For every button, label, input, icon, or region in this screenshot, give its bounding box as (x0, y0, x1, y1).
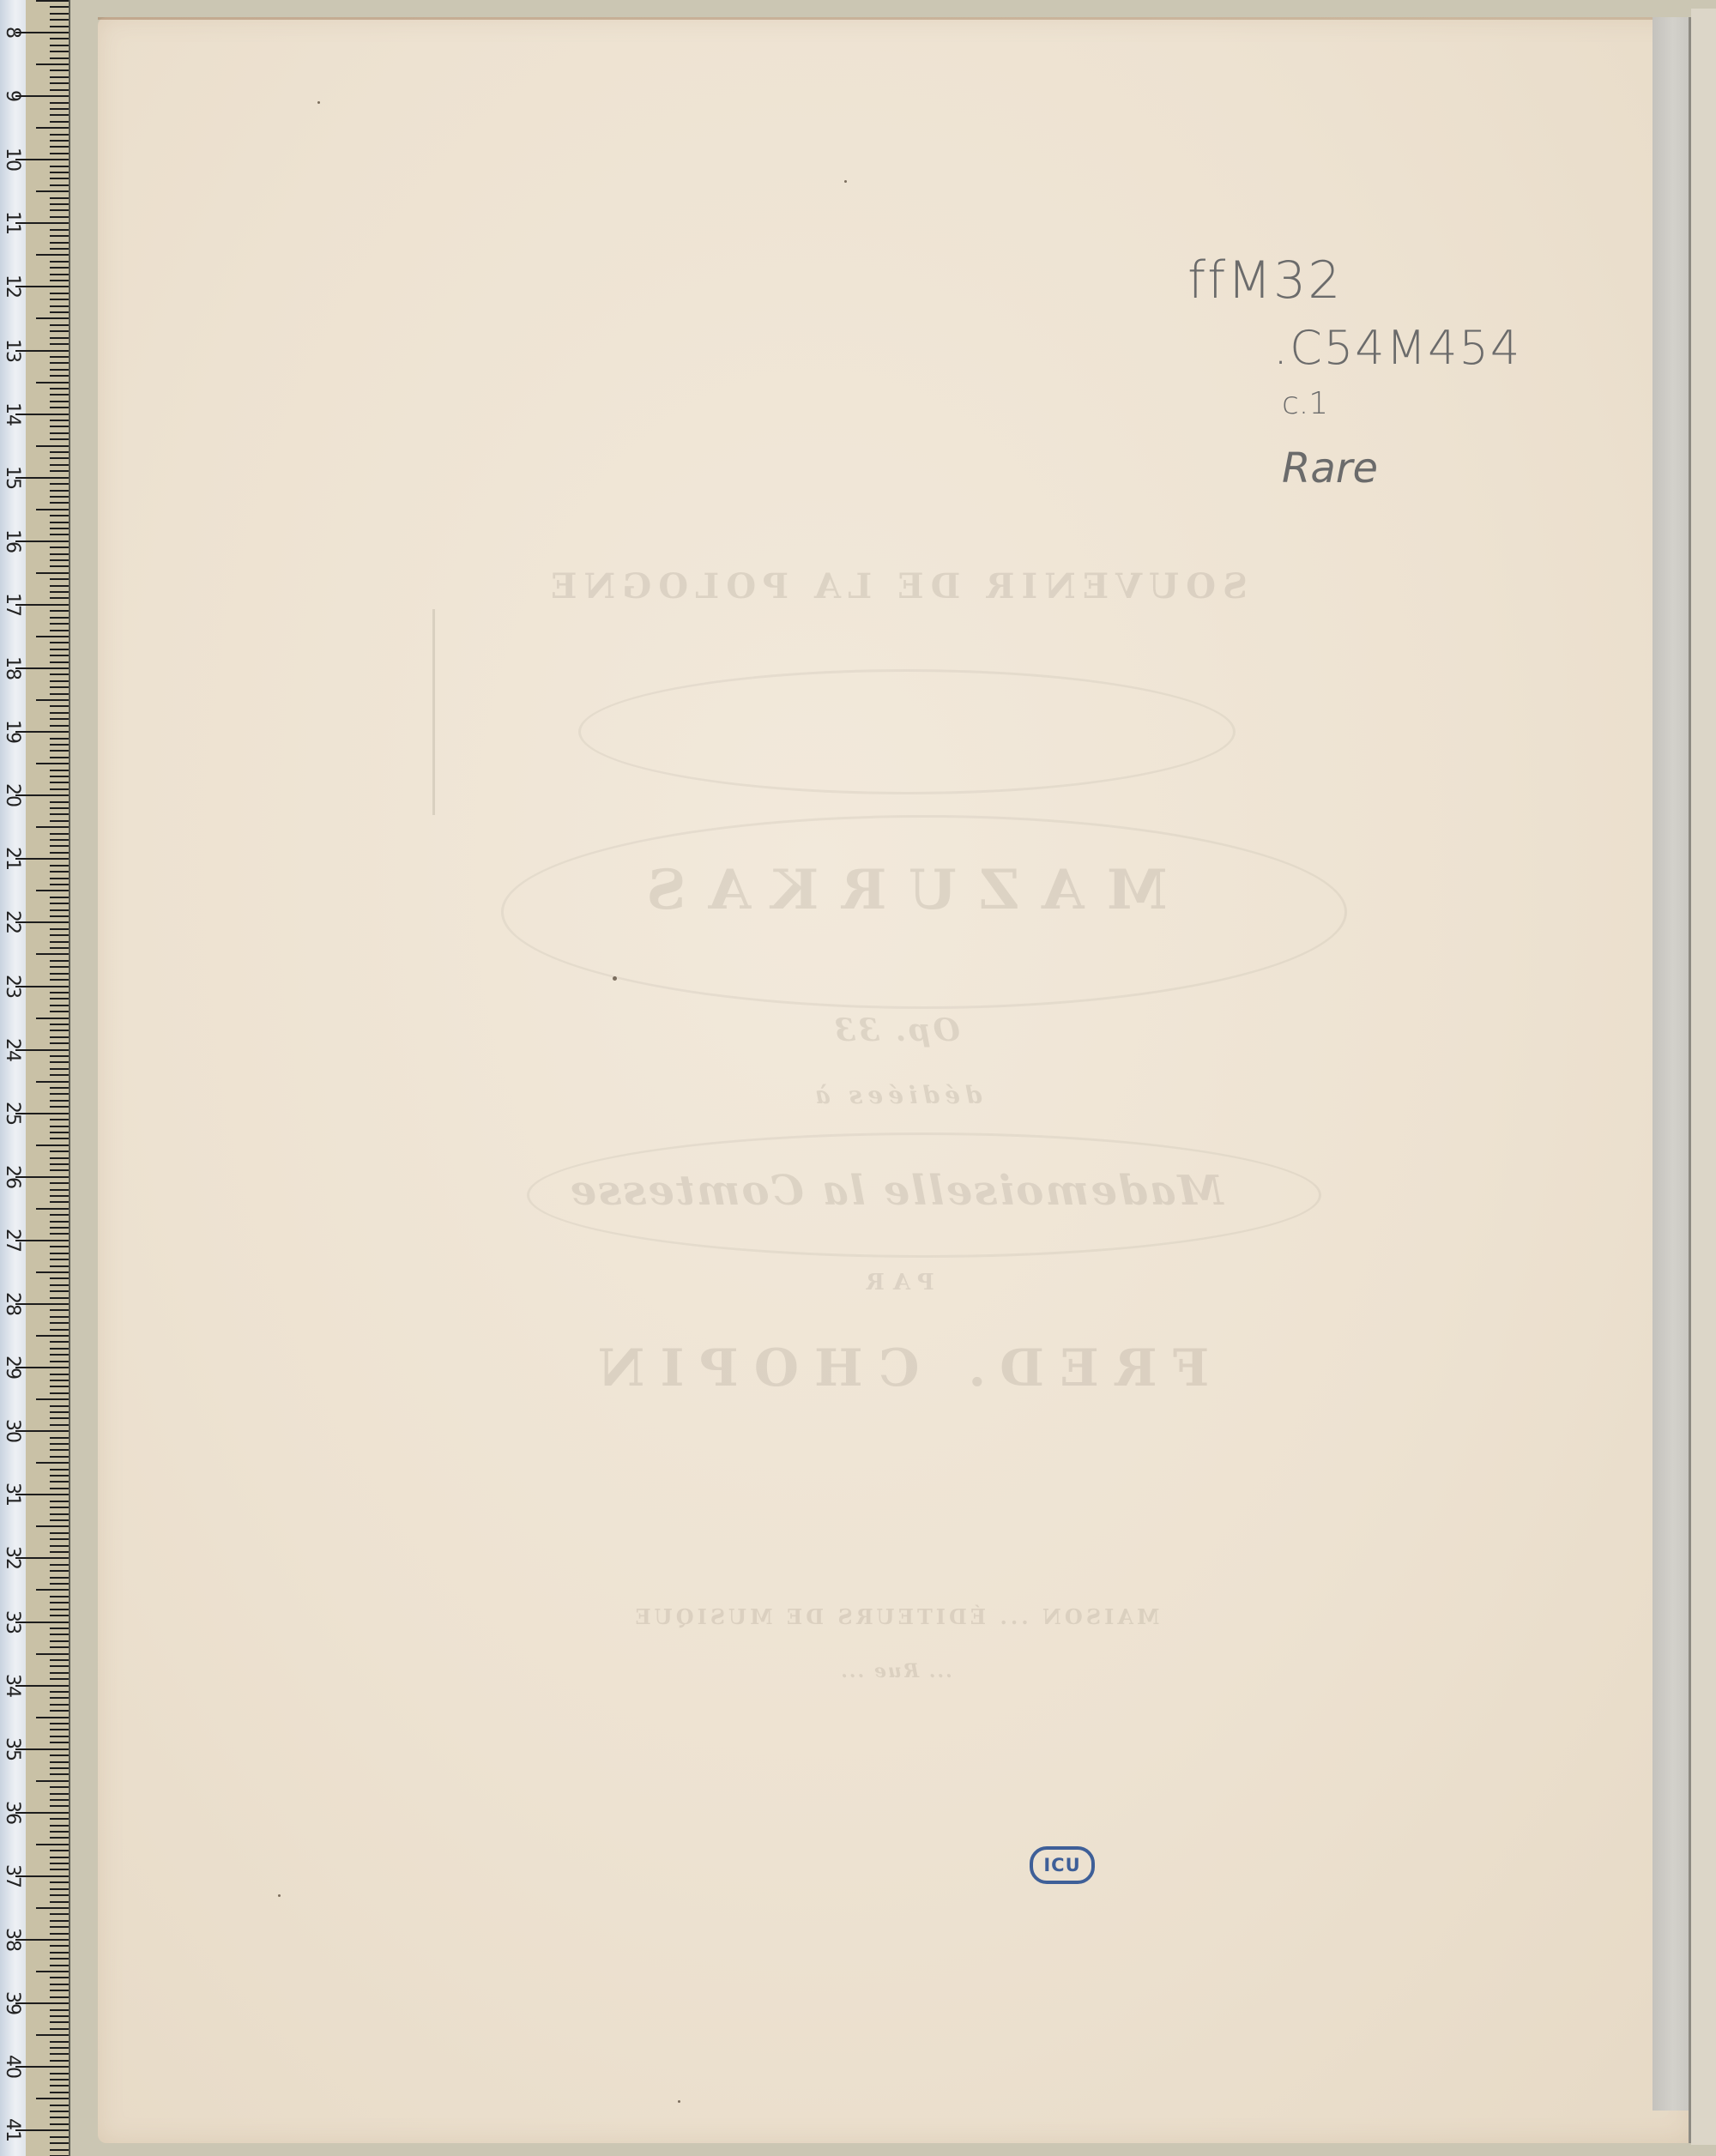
ruler-tick (50, 311, 69, 313)
ruler-number-label: 24 (3, 1033, 21, 1067)
ruler-tick (50, 813, 69, 815)
ruler-tick (50, 522, 69, 523)
ruler-tick (50, 1965, 69, 1966)
ruler-tick (50, 464, 69, 466)
ruler-tick (50, 1443, 69, 1445)
ruler-tick (50, 788, 69, 790)
ruler-tick (50, 744, 69, 746)
ruler-tick (50, 960, 69, 962)
ruler-tick (50, 1634, 69, 1635)
ruler-tick (50, 1259, 69, 1260)
ruler-tick (15, 731, 69, 733)
ruler-number-label: 28 (3, 1287, 21, 1321)
pencil-copy-number: c.1 (1282, 386, 1328, 421)
ruler-tick (50, 401, 69, 402)
ruler-tick (50, 1507, 69, 1508)
ruler-tick (50, 1093, 69, 1095)
ruler-tick (50, 1253, 69, 1254)
document-page: SOUVENIR DE LA POLOGNE MAZURKAS Op. 33 d… (98, 17, 1694, 2143)
ruler-tick (50, 19, 69, 21)
ruler-tick (50, 197, 69, 199)
ruler-tick (50, 1277, 69, 1279)
ruler-tick (50, 1805, 69, 1807)
ruler-tick (50, 369, 69, 371)
ruler-tick (50, 1106, 69, 1108)
ruler-tick (50, 203, 69, 205)
ruler-tick (15, 1240, 69, 1241)
ruler-tick (50, 559, 69, 561)
ruler-tick (50, 2015, 69, 2017)
ruler-tick (36, 1208, 69, 1210)
ruler-tick (50, 1061, 69, 1063)
paper-speck (317, 101, 320, 104)
ruler-tick (36, 636, 69, 637)
ruler-tick (50, 712, 69, 714)
ruler-tick (50, 585, 69, 587)
ruler-tick (50, 438, 69, 440)
ruler-tick (50, 2047, 69, 2049)
ruler-tick (50, 1628, 69, 1629)
ruler-tick (50, 1024, 69, 1025)
ruler-edge (69, 0, 70, 2156)
ruler-number-label: 40 (3, 2050, 21, 2084)
show-through-frame-line (432, 609, 435, 815)
ruler-tick (50, 1596, 69, 1597)
ruler-tick (15, 1622, 69, 1623)
ruler-tick (15, 1367, 69, 1368)
ruler-tick (36, 1081, 69, 1083)
ruler-tick (50, 591, 69, 593)
ruler-tick-band (26, 0, 70, 2156)
show-through-publisher: MAISON ... ÉDITEURS DE MUSIQUE (98, 1604, 1694, 1629)
ruler-tick (50, 1189, 69, 1191)
ruler-tick (15, 1812, 69, 1814)
ruler-tick (36, 1589, 69, 1591)
ruler-number-label: 19 (3, 715, 21, 749)
ruler-tick (50, 884, 69, 885)
ruler-tick (50, 1405, 69, 1407)
ruler-number-label: 17 (3, 588, 21, 622)
ruler-tick (50, 2105, 69, 2106)
ruler-tick (50, 108, 69, 110)
ruler-tick (50, 750, 69, 752)
ruler-number-label: 39 (3, 1986, 21, 2020)
ruler-tick (36, 1653, 69, 1655)
ruler-tick (50, 1602, 69, 1603)
ruler-tick (50, 1309, 69, 1311)
ruler-tick (50, 1475, 69, 1477)
ruler-tick (50, 356, 69, 358)
ruler-tick (50, 649, 69, 650)
ruler-tick (50, 337, 69, 339)
ruler-tick (36, 63, 69, 65)
ruler-tick (50, 807, 69, 809)
ruler-tick (50, 1501, 69, 1502)
ruler-tick (50, 947, 69, 949)
ruler-tick (50, 114, 69, 116)
ruler-tick (50, 941, 69, 943)
ruler-tick (15, 541, 69, 542)
ruler-number-label: 14 (3, 397, 21, 432)
ruler-tick (50, 166, 69, 167)
ruler-number-label: 18 (3, 651, 21, 685)
ruler-tick (50, 2123, 69, 2125)
ruler-tick (50, 909, 69, 911)
ruler-tick (50, 1767, 69, 1769)
ruler-tick (50, 178, 69, 179)
ruler-tick (36, 1462, 69, 1464)
ruler-tick (50, 1570, 69, 1572)
show-through-dedication: dédiées à (98, 1081, 1694, 1109)
ruler-tick (36, 890, 69, 891)
ruler-tick (50, 1901, 69, 1903)
ruler-number-label: 15 (3, 461, 21, 495)
ruler-tick (15, 2129, 69, 2131)
ruler-tick (50, 1201, 69, 1203)
ruler-tick (15, 414, 69, 415)
ruler-tick (50, 1704, 69, 1706)
ruler-tick (50, 1513, 69, 1515)
ruler-tick (50, 897, 69, 898)
ruler-tick (50, 1087, 69, 1089)
ruler-tick (50, 1456, 69, 1458)
ruler-tick (50, 686, 69, 688)
ruler-tick (50, 1799, 69, 1801)
ruler-tick (50, 89, 69, 91)
ruler-tick (50, 738, 69, 740)
ruler-tick (50, 770, 69, 771)
pencil-rare-note: Rare (1282, 444, 1378, 492)
ruler-tick (15, 1685, 69, 1687)
ruler-tick (50, 693, 69, 695)
ruler-number-label: 8 (3, 15, 21, 50)
ruler-tick (36, 509, 69, 510)
ruler-tick (50, 534, 69, 535)
ruler-tick (50, 1665, 69, 1667)
ruler-tick (50, 973, 69, 975)
book-spine (1691, 9, 1716, 2145)
ruler-tick (50, 1609, 69, 1610)
ruler-tick (50, 388, 69, 390)
ruler-number-label: 27 (3, 1223, 21, 1258)
ruler-tick (50, 878, 69, 879)
ruler-tick (50, 1646, 69, 1648)
ruler-number-label: 21 (3, 842, 21, 876)
ruler-tick (36, 445, 69, 447)
ruler-tick (50, 13, 69, 15)
ruler-tick (50, 2117, 69, 2118)
ruler-number-label: 26 (3, 1160, 21, 1194)
ruler-tick (50, 1678, 69, 1680)
ruler-tick (50, 705, 69, 707)
ruler-tick (15, 222, 69, 224)
ruler-tick (50, 1742, 69, 1743)
ruler-tick (50, 1933, 69, 1935)
ruler-tick (36, 0, 69, 2)
ruler-tick (50, 578, 69, 580)
ruler-tick (50, 680, 69, 682)
ruler-number-label: 11 (3, 206, 21, 240)
ruler-tick (50, 470, 69, 472)
ruler-tick (50, 82, 69, 84)
ruler-tick (50, 1227, 69, 1229)
ruler-tick (50, 76, 69, 78)
ruler-tick (50, 1214, 69, 1216)
ruler-tick (50, 1246, 69, 1247)
ruler-tick (36, 826, 69, 828)
ruler-tick (50, 394, 69, 396)
ruler-tick (50, 324, 69, 326)
ruler-tick (36, 317, 69, 319)
ruler-tick (15, 1939, 69, 1941)
ruler-number-strip (0, 0, 26, 2156)
ruler-tick (50, 2085, 69, 2087)
ruler-tick (50, 1265, 69, 1267)
ruler-tick (50, 1754, 69, 1756)
ruler-tick (15, 1494, 69, 1495)
ruler-tick (50, 235, 69, 237)
ruler-tick (50, 776, 69, 777)
ruler-tick (50, 1126, 69, 1127)
ruler-tick (50, 915, 69, 917)
ruler-tick (50, 1577, 69, 1579)
ruler-tick (50, 299, 69, 300)
ruler-tick (50, 1786, 69, 1788)
ruler-tick (36, 572, 69, 574)
ruler-tick (50, 1169, 69, 1171)
ruler-tick (50, 267, 69, 269)
pencil-call-number-line1: ffM32 (1187, 251, 1342, 311)
ruler-tick (50, 1672, 69, 1674)
ruler-tick (50, 2079, 69, 2081)
ruler-tick (50, 1659, 69, 1661)
ruler-tick (50, 1182, 69, 1184)
ruler-tick (50, 216, 69, 218)
ruler-tick (50, 2028, 69, 2030)
ruler-tick (50, 839, 69, 841)
ruler-tick (50, 209, 69, 211)
ruler-tick (50, 432, 69, 434)
ruler-number-label: 25 (3, 1096, 21, 1131)
ruler-tick (50, 153, 69, 154)
ruler-tick (50, 833, 69, 835)
ruler-tick (15, 477, 69, 479)
ruler-tick (36, 1971, 69, 1972)
ruler-number-label: 31 (3, 1477, 21, 1512)
ruler-number-label: 22 (3, 905, 21, 939)
ruler-number-label: 41 (3, 2113, 21, 2147)
ruler-tick (50, 782, 69, 783)
ruler-tick (50, 140, 69, 142)
ruler-tick (50, 1374, 69, 1375)
ruler-tick (50, 57, 69, 59)
ruler-tick (15, 921, 69, 923)
ruler-tick (50, 1119, 69, 1120)
ruler-tick (15, 1875, 69, 1877)
ruler-tick (36, 763, 69, 764)
ruler-tick (50, 1793, 69, 1795)
ruler-tick (50, 45, 69, 46)
ruler-tick (50, 1977, 69, 1978)
pencil-call-number-line2: .C54M454 (1273, 321, 1521, 375)
ruler-tick (36, 1144, 69, 1146)
ruler-tick (50, 1710, 69, 1712)
ruler-tick (50, 330, 69, 332)
ruler-tick (50, 1132, 69, 1133)
ruler-number-label: 16 (3, 524, 21, 559)
ruler-tick (36, 190, 69, 192)
ruler-tick (50, 1068, 69, 1070)
ruler-tick (50, 865, 69, 867)
ruler-tick (50, 992, 69, 993)
ruler-tick (50, 565, 69, 567)
ruler-tick (50, 1863, 69, 1864)
ruler-number-label: 30 (3, 1414, 21, 1448)
ruler-tick (50, 1055, 69, 1057)
ruler-tick (15, 1049, 69, 1051)
ruler-tick (50, 1990, 69, 1991)
ruler-tick (50, 426, 69, 427)
ruler-tick (50, 871, 69, 873)
ruler-tick (50, 661, 69, 663)
ruler-tick (50, 979, 69, 981)
ruler-tick (50, 2053, 69, 2055)
ruler-tick (50, 2092, 69, 2093)
ruler-tick (50, 1913, 69, 1915)
ruler-tick (15, 1430, 69, 1432)
ruler-tick (50, 1011, 69, 1012)
ruler-tick (50, 274, 69, 275)
show-through-mazurkas: MAZURKAS (98, 858, 1694, 922)
ruler-tick (50, 1392, 69, 1394)
ruler-tick (50, 642, 69, 643)
ruler-tick (50, 248, 69, 250)
ruler-tick (50, 1952, 69, 1954)
ruler-tick (50, 1488, 69, 1489)
ruler-tick (50, 242, 69, 244)
ruler-tick (36, 953, 69, 955)
ruler-tick (36, 254, 69, 256)
ruler-tick (50, 1316, 69, 1318)
ruler-tick (50, 502, 69, 504)
ruler-tick (50, 1926, 69, 1928)
ruler-tick (50, 1361, 69, 1362)
ruler-tick (36, 1907, 69, 1909)
ruler-tick (36, 1018, 69, 1019)
ruler-tick (50, 451, 69, 453)
ruler-tick (50, 725, 69, 727)
ruler-tick (50, 2142, 69, 2144)
ruler-tick (15, 2002, 69, 2004)
ruler-tick (50, 1818, 69, 1820)
ruler-tick (50, 1691, 69, 1693)
ruler-tick (50, 1195, 69, 1197)
ruler-tick (50, 280, 69, 281)
ruler-tick (50, 1551, 69, 1553)
ruler-tick (50, 845, 69, 847)
ruler-tick (50, 1920, 69, 1922)
ruler-tick (36, 1844, 69, 1845)
ruler-tick (50, 69, 69, 71)
ruler-tick (50, 1221, 69, 1223)
ruler-tick (50, 2041, 69, 2043)
ruler-tick (36, 382, 69, 383)
ruler-tick (50, 1958, 69, 1960)
show-through-souvenir: SOUVENIR DE LA POLOGNE (98, 566, 1694, 607)
ruler-tick (50, 375, 69, 377)
paper-speck (613, 976, 617, 981)
ruler-tick (50, 407, 69, 408)
ruler-tick (50, 1869, 69, 1870)
ruler-number-label: 35 (3, 1732, 21, 1766)
ruler-tick (50, 1138, 69, 1139)
ruler-tick (15, 794, 69, 796)
ruler-tick (50, 1424, 69, 1426)
ruler-tick (50, 1857, 69, 1858)
ruler-tick (50, 903, 69, 904)
ruler-tick (50, 928, 69, 930)
ruler-tick (50, 1042, 69, 1044)
ruler-tick (50, 1417, 69, 1419)
ruler-tick (15, 986, 69, 987)
ruler-tick (50, 1850, 69, 1851)
ruler-number-label: 34 (3, 1669, 21, 1703)
ruler-tick (50, 673, 69, 675)
ruler-tick (15, 32, 69, 33)
ruler-tick (50, 362, 69, 364)
ruler-tick (50, 496, 69, 498)
ruler-tick (50, 820, 69, 822)
ruler-tick (50, 1341, 69, 1343)
ruler-tick (50, 655, 69, 656)
ruler-tick (50, 1615, 69, 1616)
ruler-tick (50, 1564, 69, 1566)
ruler-tick (50, 420, 69, 421)
ruler-tick (50, 1469, 69, 1471)
ruler-tick (50, 617, 69, 619)
ruler-tick (15, 350, 69, 352)
ruler-tick (50, 2021, 69, 2023)
ruler-tick (50, 1411, 69, 1413)
ruler-tick (15, 1176, 69, 1178)
ruler-tick (36, 1780, 69, 1782)
ruler-tick (50, 1984, 69, 1985)
ruler-tick (50, 2009, 69, 2011)
ruler-tick (50, 1761, 69, 1763)
ruler-tick (50, 1736, 69, 1737)
library-stamp: ICU (1030, 1846, 1095, 1884)
ruler-tick (50, 934, 69, 936)
ruler-tick (50, 2111, 69, 2112)
show-through-composer: FRED. CHOPIN (98, 1338, 1694, 1398)
ruler-tick (15, 1557, 69, 1559)
ruler-tick (50, 515, 69, 516)
ruler-number-label: 38 (3, 1923, 21, 1957)
paper-speck (278, 1894, 281, 1897)
ruler-tick (50, 102, 69, 104)
ruler-tick (50, 172, 69, 173)
ruler-tick (50, 293, 69, 294)
ruler-tick (50, 1150, 69, 1152)
ruler-tick (50, 2149, 69, 2151)
ruler-number-label: 9 (3, 79, 21, 113)
ruler-tick (50, 457, 69, 459)
ruler-tick (36, 1525, 69, 1527)
ruler-number-label: 29 (3, 1350, 21, 1385)
ruler-tick (50, 490, 69, 492)
ruler-tick (15, 1303, 69, 1305)
ruler-tick (50, 1348, 69, 1350)
